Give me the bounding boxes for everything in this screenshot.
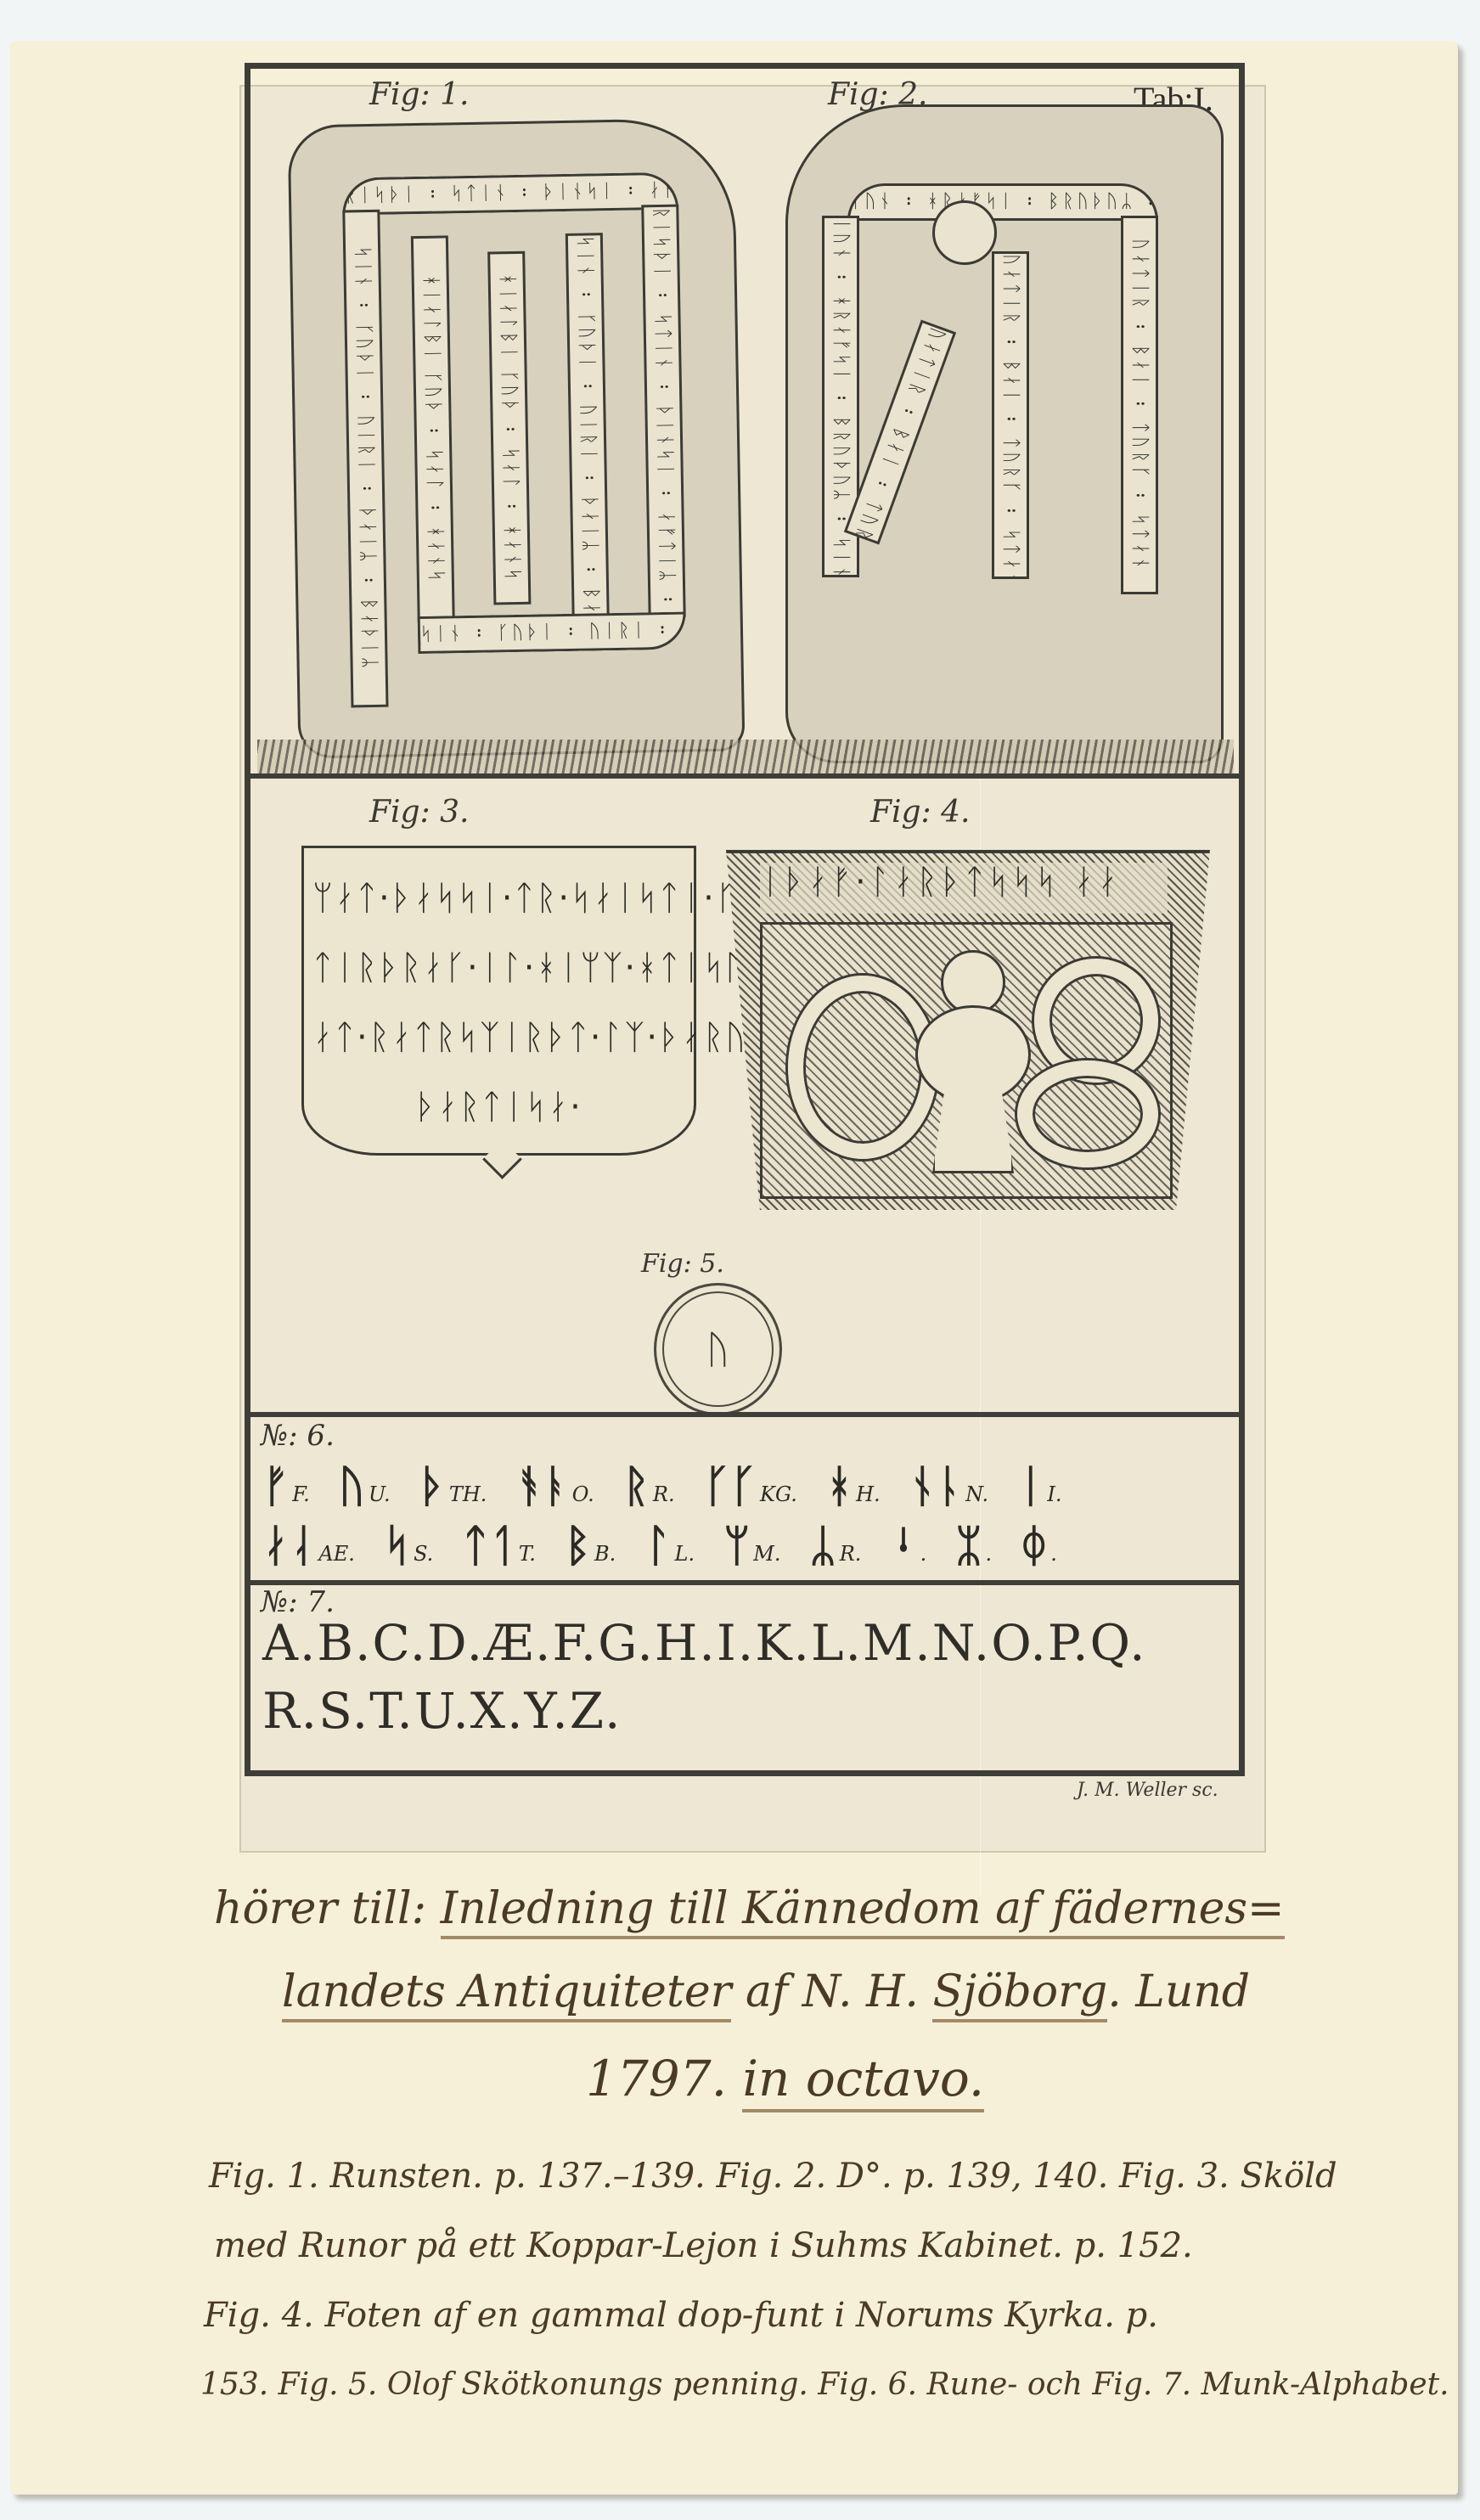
fig2-serpent-spiral: [932, 200, 997, 265]
fig1-center-band: ᚼᛁᛅᛚᛒᛁ ᚴᚢᚦ ᛬ ᛋᛅᛚ ᛬ ᚼᛅᚾᛋ: [487, 251, 531, 605]
fig1-bottom-band: ᛋᛁᚾ ᛬ ᚴᚢᚦᛁ ᛬ ᚢᛁᚱᛁ ᛬ ᚦᛅᛁᛦ ᛬ ᛒᛅᚦᛁᛦ: [418, 612, 687, 655]
rune-extra-1: ᛍ.: [890, 1521, 926, 1572]
no7-alphabet-line-2: R.S.T.U.X.Y.Z.: [262, 1682, 622, 1740]
fig4-relief-panel: [760, 922, 1173, 1199]
divider-no6: [250, 1412, 1239, 1417]
fig3-shield: ᛘᛅᛏ·ᚦᛅᛋᛋᛁ·ᛏᚱ·ᛋᛅᛁᛋᛏᛁ·ᚴᚢᚦᛁ·ᛚᛁᚴ· ᛏᛁᚱᚦᚱᛅᚴ·ᛁᛚ…: [301, 846, 696, 1156]
fig2-right-band: ᚢᛅᛏᛁᚱ ᛬ ᛒᛅᛁ ᛬ ᛏᚢᚱᚴ ᛬ ᛋᛏᛅᚾ: [1121, 216, 1158, 594]
coin-glyph: ᚢ: [706, 1326, 730, 1372]
fig1-inner-left-band: ᚼᛁᛅᛚᛒᛁ ᚴᚢᚦ ᛬ ᛋᛅᛚ ᛬ ᚼᛅᚾᛋ: [411, 235, 455, 623]
fig1-inner-right-band: ᛋᛁᚾ ᛬ ᚴᚢᚦᛁ ᛬ ᚢᛁᚱᛁ ᛬ ᚦᛅᛁᛦ ᛬ ᛒᛅᚦᛁᛦ: [566, 233, 610, 621]
note-line-3: 1797. in octavo.: [586, 2050, 984, 2107]
rune-n: ᚾᚿN.: [909, 1461, 989, 1512]
plate-frame: Fig: 1. Fig: 2. Tab:I. ᚱᛁᛋᚦᛁ ᛬ ᛋᛏᛁᚾ ᛬ ᚦᛁ…: [245, 63, 1245, 1776]
rune-th: ᚦTH.: [419, 1461, 487, 1512]
note-line-1: hörer till: Inledning till Kännedom af f…: [214, 1883, 1285, 1934]
fig1-outer-band: ᚱᛁᛋᚦᛁ ᛬ ᛋᛏᛁᚾ ᛬ ᚦᛁᚾᛋᛁ ᛬ ᛅᚠᛏᛁᛦ ᛬ ᛒᚱᚢᚦᚢᚱ: [342, 172, 679, 216]
rune-yr: ᛦR.: [809, 1521, 861, 1572]
fig3-rune-line-3: ᛅᛏ·ᚱᛅᛏᚱᛋᛉᛁᚱᚦᛏ·ᛚᛉ·ᚦᛅᚱᚢᛅᚴᛏᛁ·ᛅᚴ·: [312, 1003, 685, 1072]
fig4-runes: ᛁᚦᛅᚠ·ᛚᛅᚱᚦᛏᛋᛋᛋ ᛅᛅ: [760, 863, 1168, 914]
fig4-label: Fig: 4.: [870, 795, 970, 830]
rune-m: ᛘM.: [723, 1521, 780, 1572]
fig1-rune-stone: ᚱᛁᛋᚦᛁ ᛬ ᛋᛏᛁᚾ ᛬ ᚦᛁᚾᛋᛁ ᛬ ᛅᚠᛏᛁᛦ ᛬ ᛒᚱᚢᚦᚢᚱ ᛋᛁ…: [288, 117, 746, 758]
divider-top: [250, 773, 1239, 779]
rune-u: ᚢU.: [339, 1461, 391, 1512]
fig2-rune-stone: ᛁᚢᚾ ᛬ ᚼᚱᛅᚠᛋᛁ ᛬ ᛒᚱᚢᚦᚢᛦ ᛬ ᛋᛁᚾ ᛬ ᛏᚢᚦᚱ ᛁᚢᚾ ᛬…: [785, 104, 1224, 763]
fig5-label: Fig: 5.: [641, 1249, 724, 1279]
rune-i: ᛁI.: [1017, 1461, 1061, 1512]
fig3-label: Fig: 3.: [369, 795, 469, 830]
fig3-rune-line-2: ᛏᛁᚱᚦᚱᛅᚴ·ᛁᛚ·ᚼᛁᛘᛉ·ᚼᛏᛁᛋᚢᚴᚾᛚᛉ,: [312, 933, 685, 1003]
fig1-right-band: ᚱᛁᛋᚦᛁ ᛬ ᛋᛏᛁᚾ ᛬ ᚦᛁᚾᛋᛁ ᛬ ᛅᚠᛏᛁᛦ ᛬ ᛒᚱᚢᚦᚢᚱ: [641, 205, 685, 618]
engraver-signature: J. M. Weller sc.: [1077, 1780, 1218, 1801]
fig2-outer-band: ᛁᚢᚾ ᛬ ᚼᚱᛅᚠᛋᛁ ᛬ ᛒᚱᚢᚦᚢᛦ ᛬ ᛋᛁᚾ ᛬ ᛏᚢᚦᚱ: [847, 183, 1158, 221]
rune-r: ᚱR.: [623, 1461, 675, 1512]
rune-t: ᛏᛐT.: [462, 1521, 536, 1572]
fig5-coin: ᚢ: [654, 1283, 782, 1415]
fig1-label: Fig: 1.: [369, 77, 469, 112]
serpent-right-lower: [1017, 1060, 1158, 1167]
note-line-7: 153. Fig. 5. Olof Skötkonungs penning. F…: [200, 2367, 1449, 2402]
no6-label: №: 6.: [261, 1419, 335, 1453]
figure-robe: [932, 1090, 1014, 1173]
rune-extra-2: ᛯ.: [955, 1521, 992, 1572]
rune-row-1: ᚠF. ᚢU. ᚦTH. ᚬᚭO. ᚱR. ᚴᚴKG. ᚼH. ᚾᚿN. ᛁI.: [262, 1461, 1090, 1512]
rune-kg: ᚴᚴKG.: [704, 1461, 797, 1512]
rune-row-2: ᛅᛆAE. ᛋS. ᛏᛐT. ᛒB. ᛚL. ᛘM. ᛦR. ᛍ. ᛯ. ᛰ.: [262, 1521, 1086, 1572]
note-line-4: Fig. 1. Runsten. p. 137.–139. Fig. 2. D°…: [209, 2157, 1337, 2196]
divider-no7: [250, 1580, 1239, 1585]
note-line-6: Fig. 4. Foten af en gammal dop-funt i No…: [204, 2296, 1158, 2335]
no7-alphabet-line-1: A.B.C.D.Æ.F.G.H.I.K.L.M.N.O.P.Q.: [262, 1614, 1147, 1672]
serpent-left: [788, 976, 937, 1159]
figure-torso: [915, 1005, 1031, 1104]
rune-l: ᛚL.: [644, 1521, 695, 1572]
rune-ae: ᛅᛆAE.: [262, 1521, 355, 1572]
rune-h: ᚼH.: [826, 1461, 881, 1512]
rune-s: ᛋS.: [384, 1521, 433, 1572]
rune-o: ᚬᚭO.: [515, 1461, 594, 1512]
rune-extra-3: ᛰ.: [1021, 1521, 1057, 1572]
fig3-rune-line-1: ᛘᛅᛏ·ᚦᛅᛋᛋᛁ·ᛏᚱ·ᛋᛅᛁᛋᛏᛁ·ᚴᚢᚦᛁ·ᛚᛁᚴ·: [312, 863, 685, 933]
ground-foliage: [257, 740, 1234, 773]
fig3-rune-line-4: ᚦᛅᚱᛏᛁᛋᛅ·: [312, 1072, 685, 1142]
fig1-left-band: ᛋᛁᚾ ᛬ ᚴᚢᚦᛁ ᛬ ᚢᛁᚱᛁ ᛬ ᚦᛅᛁᛦ ᛬ ᛒᛅᚦᛁᛦ: [342, 210, 388, 708]
fig2-inner-band: ᚢᛅᛏᛁᚱ ᛬ ᛒᛅᛁ ᛬ ᛏᚢᚱᚴ ᛬ ᛋᛏᛅᚾ: [992, 251, 1029, 579]
rune-b: ᛒB.: [565, 1521, 616, 1572]
fig2-serpent-tail-band: ᚢᛅᛏᛁᚱ ᛬ ᛒᛅᛁ ᛬ ᛏᚢᚱᚴ ᛬ ᛋᛏᛅᚾ: [844, 319, 956, 544]
note-line-5: med Runor på ett Koppar-Lejon i Suhms Ka…: [214, 2226, 1193, 2265]
note-line-2: landets Antiquiteter af N. H. Sjöborg. L…: [282, 1966, 1250, 2017]
rune-f: ᚠF.: [262, 1461, 310, 1512]
